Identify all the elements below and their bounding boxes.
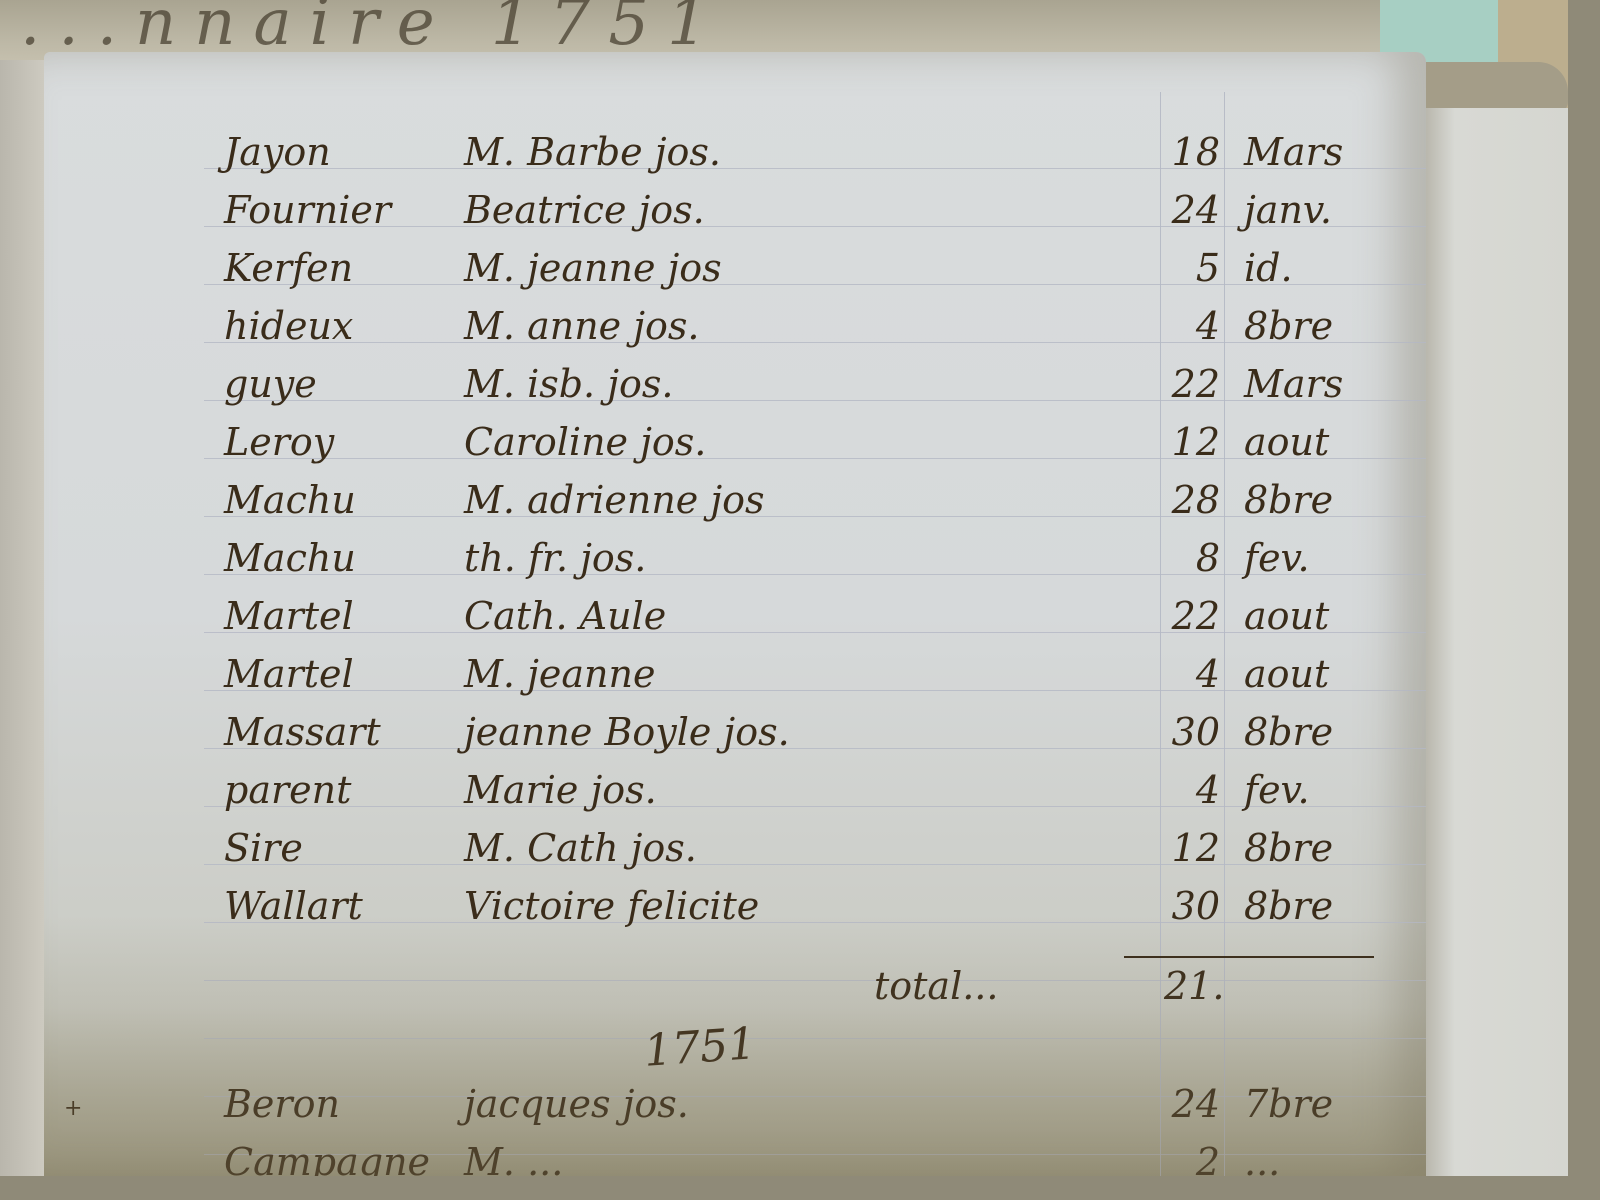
- entry-day: 22: [1140, 362, 1220, 406]
- entry-surname: parent: [224, 768, 351, 812]
- total-label: total...: [874, 964, 998, 1008]
- entry-month: 7bre: [1244, 1082, 1333, 1126]
- entry-month: ...: [1244, 1140, 1280, 1176]
- register-entry: Martel M. jeanne 4 aout: [44, 652, 1426, 708]
- facing-page: [1424, 108, 1568, 1176]
- entry-surname: guye: [224, 362, 317, 406]
- register-entry: Wallart Victoire felicite 30 8bre: [44, 884, 1426, 940]
- register-entry: guye M. isb. jos. 22 Mars: [44, 362, 1426, 418]
- entry-month: fev.: [1244, 768, 1310, 812]
- entry-day: 18: [1140, 130, 1220, 174]
- entry-day: 8: [1140, 536, 1220, 580]
- entry-month: janv.: [1244, 188, 1332, 232]
- entry-given-names: M. jeanne jos: [464, 246, 722, 290]
- entry-month: 8bre: [1244, 826, 1333, 870]
- entry-surname: Wallart: [224, 884, 363, 928]
- entry-day: 24: [1140, 1082, 1220, 1126]
- entry-day: 4: [1140, 768, 1220, 812]
- entry-surname: Machu: [224, 478, 356, 522]
- entry-month: aout: [1244, 594, 1329, 638]
- entry-day: 12: [1140, 826, 1220, 870]
- entry-month: 8bre: [1244, 710, 1333, 754]
- entry-day: 2: [1140, 1140, 1220, 1176]
- entry-month: 8bre: [1244, 304, 1333, 348]
- register-page: Jayon M. Barbe jos. 18 Mars Fournier Bea…: [44, 52, 1426, 1176]
- register-entry: hideux M. anne jos. 4 8bre: [44, 304, 1426, 360]
- entry-day: 28: [1140, 478, 1220, 522]
- entry-given-names: Victoire felicite: [464, 884, 759, 928]
- entry-surname: Fournier: [224, 188, 391, 232]
- entry-surname: Machu: [224, 536, 356, 580]
- entry-day: 5: [1140, 246, 1220, 290]
- register-entry: Fournier Beatrice jos. 24 janv.: [44, 188, 1426, 244]
- entry-given-names: jeanne Boyle jos.: [464, 710, 790, 754]
- entry-surname: Kerfen: [224, 246, 353, 290]
- entry-given-names: M. anne jos.: [464, 304, 699, 348]
- entry-day: 30: [1140, 884, 1220, 928]
- entry-month: Mars: [1244, 130, 1343, 174]
- entry-month: aout: [1244, 420, 1329, 464]
- register-entry: Machu th. fr. jos. 8 fev.: [44, 536, 1426, 592]
- register-entry: Jayon M. Barbe jos. 18 Mars: [44, 130, 1426, 186]
- entry-given-names: Caroline jos.: [464, 420, 706, 464]
- total-underline: [1124, 956, 1374, 958]
- entry-given-names: Marie jos.: [464, 768, 657, 812]
- entry-surname: Jayon: [224, 130, 331, 174]
- ruled-line: [204, 1038, 1426, 1039]
- year-heading: 1751: [642, 1018, 757, 1077]
- entry-month: Mars: [1244, 362, 1343, 406]
- entry-surname: Campagne: [224, 1140, 430, 1176]
- entry-given-names: M. adrienne jos: [464, 478, 765, 522]
- entry-month: 8bre: [1244, 884, 1333, 928]
- register-entry: Beron jacques jos. 24 7bre: [44, 1082, 1426, 1138]
- entry-given-names: M. Barbe jos.: [464, 130, 721, 174]
- entry-given-names: M. Cath jos.: [464, 826, 697, 870]
- register-entry: Machu M. adrienne jos 28 8bre: [44, 478, 1426, 534]
- entry-surname: Leroy: [224, 420, 334, 464]
- entry-given-names: M. jeanne: [464, 652, 655, 696]
- register-entry: Leroy Caroline jos. 12 aout: [44, 420, 1426, 476]
- entry-day: 22: [1140, 594, 1220, 638]
- entry-month: 8bre: [1244, 478, 1333, 522]
- background-handwriting: ...nnaire 1751: [20, 0, 726, 60]
- register-entry: Campagne M. ... 2 ...: [44, 1140, 1426, 1176]
- entry-given-names: th. fr. jos.: [464, 536, 646, 580]
- register-entry: parent Marie jos. 4 fev.: [44, 768, 1426, 824]
- entry-surname: Martel: [224, 594, 354, 638]
- ruled-line: [204, 980, 1426, 981]
- register-entry: Massart jeanne Boyle jos. 30 8bre: [44, 710, 1426, 766]
- entry-surname: Sire: [224, 826, 303, 870]
- total-value: 21.: [1164, 964, 1224, 1008]
- entry-surname: Martel: [224, 652, 354, 696]
- entry-given-names: Cath. Aule: [464, 594, 666, 638]
- entry-month: aout: [1244, 652, 1329, 696]
- entry-given-names: M. ...: [464, 1140, 563, 1176]
- register-entry: Kerfen M. jeanne jos 5 id.: [44, 246, 1426, 302]
- entry-given-names: Beatrice jos.: [464, 188, 705, 232]
- entry-day: 30: [1140, 710, 1220, 754]
- entry-month: fev.: [1244, 536, 1310, 580]
- entry-day: 24: [1140, 188, 1220, 232]
- entry-given-names: M. isb. jos.: [464, 362, 673, 406]
- entry-month: id.: [1244, 246, 1293, 290]
- entry-surname: Beron: [224, 1082, 340, 1126]
- entry-surname: hideux: [224, 304, 353, 348]
- entry-day: 12: [1140, 420, 1220, 464]
- register-entry: Sire M. Cath jos. 12 8bre: [44, 826, 1426, 882]
- entry-day: 4: [1140, 652, 1220, 696]
- background-left-page-edge: [0, 60, 48, 1176]
- entry-given-names: jacques jos.: [464, 1082, 689, 1126]
- register-entry: Martel Cath. Aule 22 aout: [44, 594, 1426, 650]
- entry-day: 4: [1140, 304, 1220, 348]
- entry-surname: Massart: [224, 710, 381, 754]
